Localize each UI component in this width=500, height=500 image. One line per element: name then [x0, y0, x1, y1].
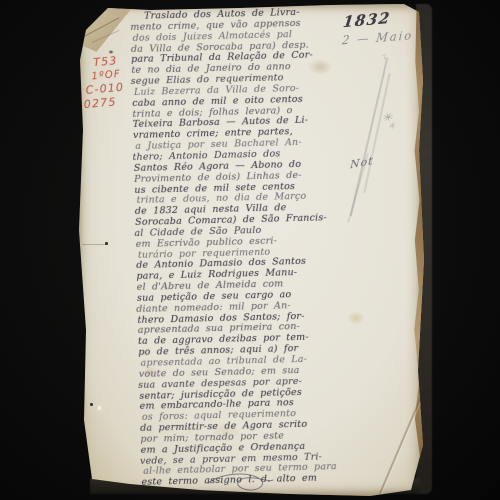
pencil-stroke — [363, 73, 390, 193]
handwriting-block: Traslado dos Autos de Livra-mento crime,… — [130, 7, 360, 489]
ink-margin-note: Not — [350, 154, 374, 171]
ink-speck — [105, 242, 108, 245]
pencil-scribble: ∿ — [378, 51, 390, 63]
date-annotation: 2 — Maio — [341, 28, 414, 47]
photo-background: T53 1ºOF C-010 0275 1832 2 — Maio ✳ ✳ ∿ … — [0, 0, 500, 500]
torn-corner-fold — [76, 2, 136, 54]
paper-glint — [98, 406, 101, 410]
ink-speck — [90, 403, 93, 406]
pencil-scribble: ✳ — [387, 121, 397, 133]
manuscript-page: T53 1ºOF C-010 0275 1832 2 — Maio ✳ ✳ ∿ … — [76, 2, 426, 498]
archival-reference-marks: T53 1ºOF C-010 0275 — [80, 53, 135, 111]
